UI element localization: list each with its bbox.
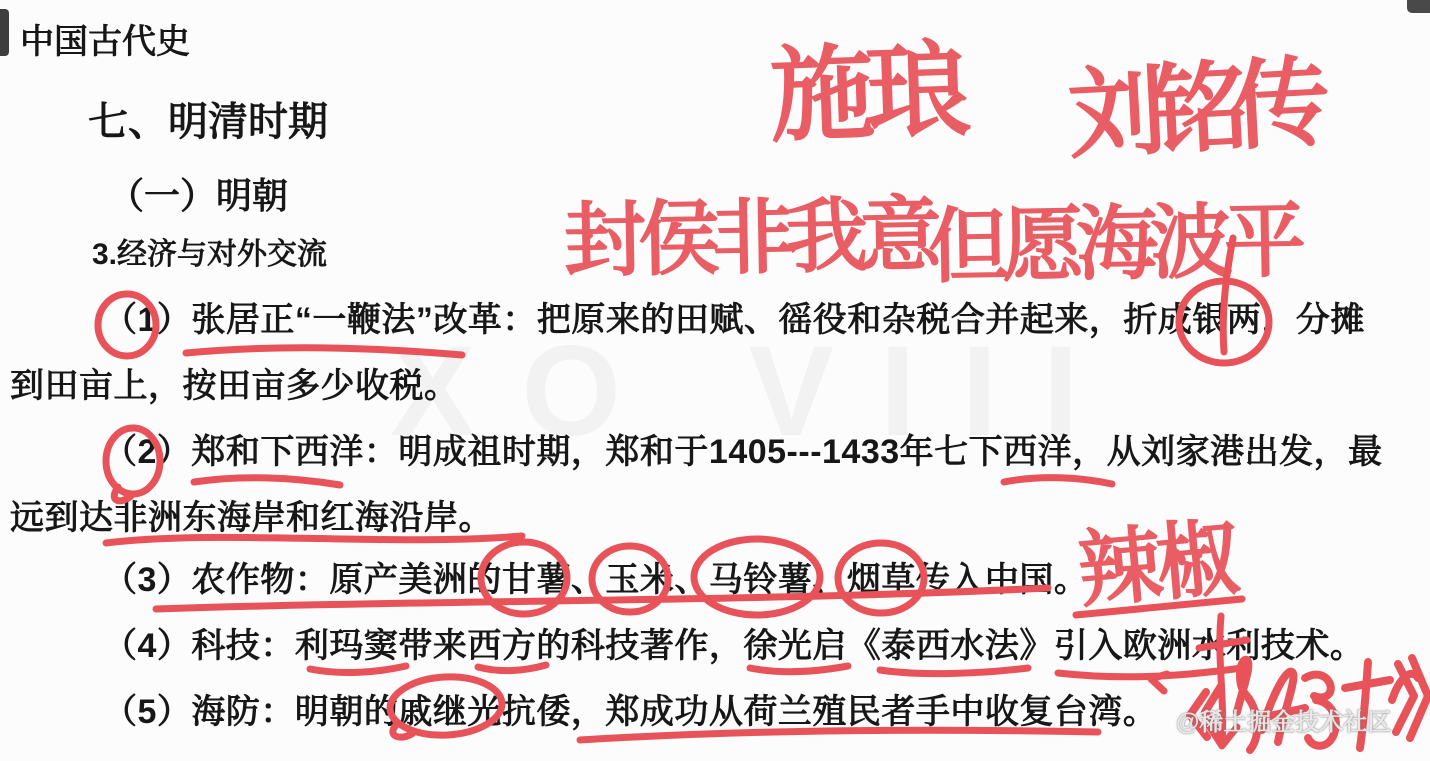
arrow-side-mark bbox=[1151, 674, 1167, 691]
handwriting-name-liumingchuan: 刘铭传 bbox=[1066, 54, 1317, 165]
body-line-1: （1）张居正“一鞭法”改革：把原来的田赋、徭役和杂税合并起来，折成银两，分摊 bbox=[103, 302, 1365, 339]
frame-artifact-left bbox=[0, 9, 9, 56]
section-heading: 七、明清时期 bbox=[88, 100, 328, 144]
page-title: 中国古代史 bbox=[20, 24, 190, 61]
body-line-4: 远到达非洲东海岸和红海沿岸。 bbox=[10, 500, 493, 537]
handwriting-quote-left: 封侯非我意 bbox=[563, 195, 934, 283]
underline-taixishuifa bbox=[880, 668, 1028, 674]
handwriting-name-shilang: 施琅 bbox=[768, 39, 964, 150]
topic-heading: 3.经济与对外交流 bbox=[92, 238, 327, 271]
handwriting-lajiao: 辣椒 bbox=[1075, 515, 1238, 612]
underline-zhenghexiaxiyang bbox=[194, 478, 340, 485]
underline-oushuishuili bbox=[1058, 668, 1242, 677]
body-line-2: 到田亩上，按田亩多少收税。 bbox=[10, 368, 459, 405]
community-watermark: @稀土掘金技术社区 bbox=[1176, 702, 1391, 737]
underline-xiyang bbox=[1004, 478, 1112, 484]
body-line-5: （3）农作物：原产美洲的甘薯、玉米、马铃薯、烟草传入中国。 bbox=[103, 562, 1088, 599]
underline-limadou bbox=[310, 666, 406, 673]
subsection-heading: （一）明朝 bbox=[108, 176, 288, 216]
underline-shoufutaiwan bbox=[580, 730, 1098, 740]
body-line-7: （5）海防：明朝的戚继光抗倭，郑成功从荷兰殖民者手中收复台湾。 bbox=[103, 694, 1157, 731]
body-line-3: （2）郑和下西洋：明成祖时期，郑和于1405---1433年七下西洋，从刘家港出… bbox=[103, 434, 1383, 471]
handwriting-quote-right: 但愿海波平 bbox=[927, 201, 1298, 289]
frame-artifact-right bbox=[1407, 0, 1430, 13]
lecture-slide: XO VIII 中国古代史 七、明清时期 （一）明朝 3.经济与对外交流 （1）… bbox=[0, 0, 1430, 761]
underline-xuguangqi bbox=[750, 666, 848, 672]
underline-xifang bbox=[478, 665, 546, 671]
body-line-6: （4）科技：利玛窦带来西方的科技著作，徐光启《泰西水法》引入欧洲水利技术。 bbox=[103, 628, 1364, 665]
